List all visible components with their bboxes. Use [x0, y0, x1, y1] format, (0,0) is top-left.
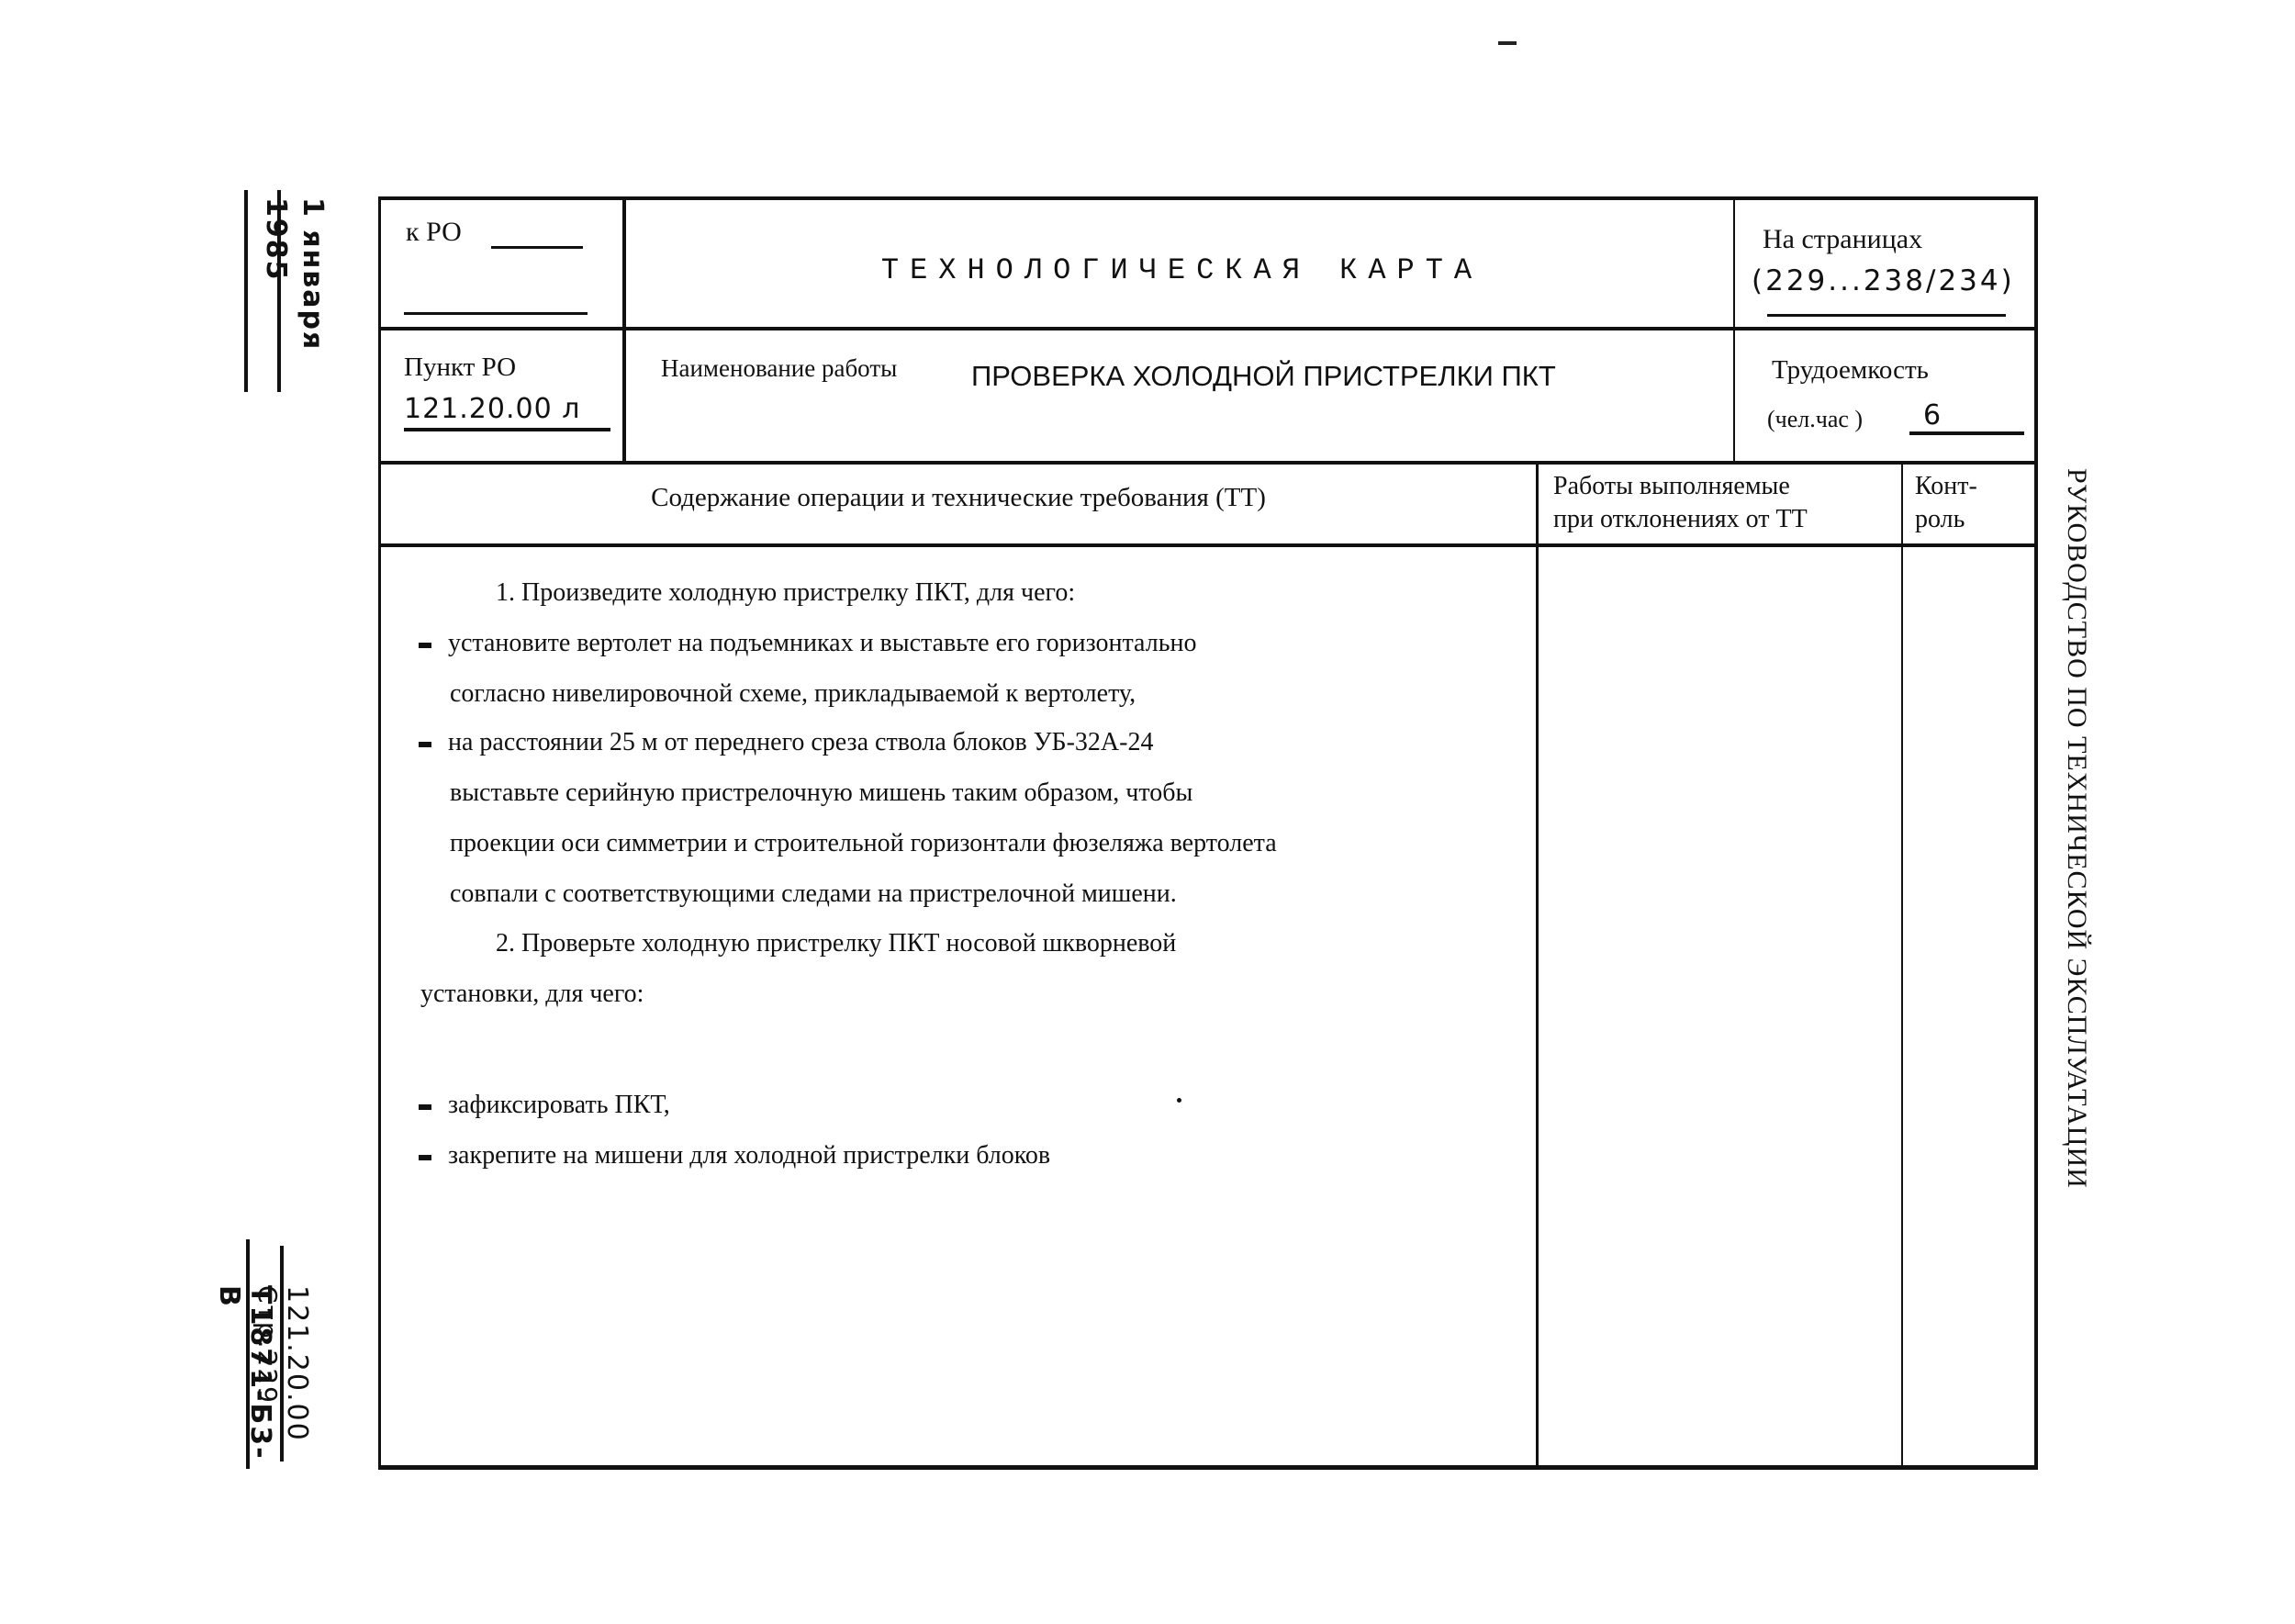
body-line-cont: выставьте серийную пристрелочную мишень … — [450, 778, 1192, 808]
table-border-right — [2034, 196, 2038, 1470]
column-header-works: Работы выполняемые при отклонениях от ТТ — [1553, 470, 1808, 536]
col-divider — [1733, 196, 1735, 463]
labor-unit: (чел.час ) — [1767, 406, 1863, 433]
body-line-text: согласно нивелировочной схеме, прикладыв… — [450, 679, 1136, 708]
col-divider — [622, 196, 626, 463]
column-header-control: Конт- роль — [1915, 470, 1977, 536]
body-line-bullet: установите вертолет на подъемниках и выс… — [419, 629, 1196, 658]
body-line-bullet: зафиксировать ПКТ, — [419, 1091, 670, 1120]
body-line-text: закрепите на мишени для холодной пристре… — [448, 1141, 1050, 1170]
labor-underline — [1909, 431, 2024, 435]
column-header-content: Содержание операции и технические требов… — [382, 483, 1535, 513]
dash-bullet-icon — [419, 1155, 431, 1160]
table-border-left — [378, 196, 381, 1470]
row-divider — [378, 543, 2038, 547]
pages-label: На страницах — [1763, 224, 1922, 255]
body-line-text: выставьте серийную пристрелочную мишень … — [450, 778, 1192, 807]
pages-underline — [1767, 314, 2006, 317]
stamp-rule — [280, 1246, 284, 1462]
body-line-cont: совпали с соответствующими следами на пр… — [450, 879, 1177, 909]
scan-dot — [1177, 1098, 1181, 1103]
body-line-cont: согласно нивелировочной схеме, прикладыв… — [450, 679, 1136, 709]
stamp-rule — [244, 190, 248, 392]
manual-side-title: РУКОВОДСТВО ПО ТЕХНИЧЕСКОЙ ЭКСПЛУАТАЦИИ — [2049, 468, 2104, 1276]
col-divider — [1901, 461, 1903, 1469]
revision-date-stamp: 1 января 1985 — [275, 197, 330, 427]
dash-bullet-icon — [419, 1104, 431, 1110]
labor-value: 6 — [1923, 399, 1941, 431]
work-name-value: ПРОВЕРКА ХОЛОДНОЙ ПРИСТРЕЛКИ ПКТ — [971, 360, 1556, 393]
punkt-underline — [404, 428, 610, 431]
k-ro-blank-field — [491, 246, 583, 249]
punkt-ro-label: Пункт РО — [404, 353, 516, 383]
body-line-step: 2. Проверьте холодную пристрелку ПКТ нос… — [496, 929, 1176, 958]
works-header-line-1: Работы выполняемые — [1553, 470, 1808, 503]
body-line-bullet: закрепите на мишени для холодной пристре… — [419, 1141, 1050, 1170]
body-line-text: установки, для чего: — [420, 980, 644, 1008]
control-header-line-1: Конт- — [1915, 470, 1977, 503]
control-header-line-2: роль — [1915, 503, 1977, 536]
body-line-text: проекции оси симметрии и строительной го… — [450, 829, 1277, 857]
body-line-text: установите вертолет на подъемниках и выс… — [448, 629, 1196, 657]
punkt-ro-value: 121.20.00 л — [404, 393, 580, 425]
body-line-cont: проекции оси симметрии и строительной го… — [450, 829, 1277, 858]
dash-bullet-icon — [419, 742, 431, 747]
table-border-bottom — [378, 1465, 2038, 1470]
row-divider — [378, 461, 2038, 465]
body-line-step: 1. Произведите холодную пристрелку ПКТ, … — [496, 578, 1075, 608]
body-line-bullet: на расстоянии 25 м от переднего среза ст… — [419, 728, 1153, 757]
body-line-plain: установки, для чего: — [420, 980, 644, 1009]
labor-label: Трудоемкость — [1772, 355, 1929, 386]
stamp-section: 121.20.00 — [281, 1285, 312, 1442]
body-line-text: 1. Произведите холодную пристрелку ПКТ, … — [496, 578, 1075, 607]
body-line-text: на расстоянии 25 м от переднего среза ст… — [448, 728, 1153, 756]
body-line-text: совпали с соответствующими следами на пр… — [450, 879, 1177, 908]
works-header-line-2: при отклонениях от ТТ — [1553, 503, 1808, 536]
k-ro-label: к РО — [406, 217, 462, 248]
pages-value: (229...238/234) — [1752, 264, 2015, 297]
k-ro-blank-field-2 — [404, 312, 588, 315]
stamp-code: Т1871-Б3-В — [213, 1285, 275, 1478]
work-name-label: Наименование работы — [661, 354, 897, 383]
dash-bullet-icon — [419, 643, 431, 648]
card-title: ТЕХНОЛОГИЧЕСКАЯ КАРТА — [633, 253, 1730, 287]
scan-artifact — [1498, 41, 1517, 45]
row-divider — [378, 327, 2038, 330]
table-border-top — [378, 196, 2038, 200]
stamp-rule — [246, 1239, 250, 1469]
document-code-stamp: 121.20.00 Стр.229 Т1871-Б3-В — [209, 1249, 310, 1478]
col-divider — [1536, 461, 1539, 1469]
body-line-text: 2. Проверьте холодную пристрелку ПКТ нос… — [496, 929, 1176, 958]
body-line-text: зафиксировать ПКТ, — [448, 1091, 670, 1119]
